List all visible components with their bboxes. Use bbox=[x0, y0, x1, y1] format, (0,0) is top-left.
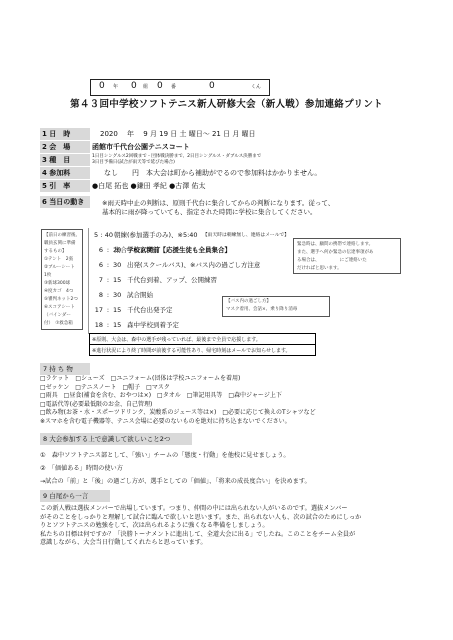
label-chaperone: 5 引 率 bbox=[40, 180, 90, 192]
coach-message: この新人戦は選抜メンバーで出場しています。つまり、仲間の中には出られない人がいる… bbox=[40, 505, 415, 548]
awareness-list: ① 森中ソフトテニス部として、「強い」チームの「態度・行動」を他校に見せましょう… bbox=[40, 449, 415, 488]
rain-note-2: 基本的に雨が降っていても、指定された時間に学校に集合してください。 bbox=[102, 208, 317, 217]
prep-line: 付） ⑦救急箱 bbox=[44, 320, 80, 328]
schedule-row: 6: 20 学校玄関前【応援生徒も全員集合】 bbox=[89, 243, 289, 258]
message-line: この新人戦は選抜メンバーで出場しています。つまり、仲間の中には出られない人がいる… bbox=[40, 505, 415, 514]
minute: 20 bbox=[113, 243, 127, 258]
label-date: 1 日 時 bbox=[40, 128, 90, 140]
event-line-2: 3日目予備日(試合が雨天等で延びた場合) bbox=[92, 160, 175, 166]
label-fee: 4 参加料 bbox=[40, 167, 90, 179]
end-time-note: ※進行状況により終了時間が前後する可能性あり、帰宅時刻はメールでお知らせします。 bbox=[89, 344, 316, 356]
prep-line: ④度カゴ 4つ bbox=[44, 288, 80, 296]
hour: 6 bbox=[89, 243, 103, 258]
grade-unit: 年 bbox=[113, 83, 118, 90]
emergency-contact-box: 緊急時は、顧問の携帯で連絡します。 また、選手へ何か緊急の伝達事項があ る場合は… bbox=[293, 238, 401, 274]
prep-line: 1枚 bbox=[44, 272, 80, 280]
event-note: 【雨天時は朝練無し、連絡はメールで】 bbox=[203, 228, 289, 243]
belonging-item: □飲み物(お茶・水・スポーツドリンク、炭酸系のジュース等は×) □必要に応じて換… bbox=[40, 409, 316, 418]
section-8-title: 8 大会参加する上で意識して欲しいこと2つ bbox=[40, 433, 192, 445]
schedule-row: 6: 30 出発(スクールバス)、※バス内の過ごし方注意 bbox=[89, 258, 289, 273]
schedule-timeline: 5: 40 朝練(参加選手のみ)、※5:40集合 6:10終了 【雨天時は朝練無… bbox=[88, 228, 289, 334]
belonging-item: □ラケット □シューズ □ユニフォーム(団体は学校ユニフォームを着用) bbox=[40, 375, 316, 384]
page-title: 第４３回中学校ソフトテニス新人研修大会（新人戦）参加連絡プリント bbox=[0, 96, 453, 110]
belonging-item: ※スマホを含む電子機器等、テニス会場に必要のないものを絶対に持ち込まないでくださ… bbox=[40, 418, 316, 427]
label-schedule: 6 当日の動き bbox=[40, 196, 90, 208]
prep-line: ③新球300球 bbox=[44, 280, 80, 288]
prep-line: ⑥スコアシート bbox=[44, 304, 80, 312]
name-suffix: くん bbox=[251, 83, 261, 90]
label-venue: 2 会 場 bbox=[40, 141, 90, 153]
minute: 40 bbox=[105, 228, 114, 243]
schedule-row: 18: 15 森中学校到着予定 bbox=[89, 318, 289, 334]
schedule-row: 7: 15 千代台到着、アップ、公開練習 bbox=[89, 273, 289, 288]
venue-value: 函館市千代台公園テニスコート bbox=[92, 141, 190, 153]
awareness-item: →試合の「前」と「後」の過ごし方が、選手としての「価値」、「将来の成長度合い」を… bbox=[40, 475, 415, 488]
student-name-box: 0 年 0 組 0 番 0 くん bbox=[90, 79, 270, 96]
hour: 5 bbox=[89, 228, 98, 243]
emergency-line: だければと思います。 bbox=[297, 265, 397, 273]
prep-line: 【前日の練習後、 bbox=[44, 232, 80, 240]
minute: 15 bbox=[113, 273, 127, 288]
event-text: 学校玄関前【応援生徒も全員集合】 bbox=[127, 243, 231, 258]
date-value: 2020 年 9 月 19 日 土 曜日～ 21 日 月 曜日 bbox=[100, 128, 256, 140]
schedule-row: 5: 40 朝練(参加選手のみ)、※5:40集合 6:10終了 【雨天時は朝練無… bbox=[89, 228, 289, 243]
event-text: 出発(スクールバス)、※バス内の過ごし方注意 bbox=[127, 258, 260, 273]
prep-line: するもの】 bbox=[44, 248, 80, 256]
prep-line: 職員玄関に準備 bbox=[44, 240, 80, 248]
name-value: 0 bbox=[209, 81, 215, 91]
rain-note-1: ※雨天時中止の判断は、原則千代台に集合してからの判断になります。従って、 bbox=[102, 199, 334, 208]
hour: 6 bbox=[89, 258, 103, 273]
prep-line: ⑤審判ネット2つ bbox=[44, 296, 80, 304]
label-event: 3 種 目 bbox=[40, 154, 90, 166]
prep-line: （バインダー bbox=[44, 312, 80, 320]
hour: 7 bbox=[89, 273, 103, 288]
message-line: 意識しながら、大会当日行動してくれたらと思っています。 bbox=[40, 539, 415, 548]
belongings-list: □ラケット □シューズ □ユニフォーム(団体は学校ユニフォームを着用) □ゼッケ… bbox=[40, 375, 316, 426]
number-unit: 番 bbox=[171, 83, 176, 90]
event-text: 千代台到着、アップ、公開練習 bbox=[127, 273, 217, 288]
emergency-line: また、選手へ何か緊急の伝達事項があ bbox=[297, 249, 397, 257]
class-unit: 組 bbox=[143, 83, 148, 90]
emergency-line: る場合は、 にご連絡いた bbox=[297, 257, 397, 265]
grade-value: 0 bbox=[99, 81, 105, 91]
bus-rules-box: 【バス内の過ごし方】 マスク着用、会話×、乗り降り消毒 bbox=[222, 296, 330, 317]
section-9-title: 9 白尾から一言 bbox=[40, 490, 110, 502]
minute: 15 bbox=[113, 303, 127, 318]
number-value: 0 bbox=[157, 81, 163, 91]
bus-rules-title: 【バス内の過ごし方】 bbox=[226, 298, 326, 306]
minute: 30 bbox=[113, 258, 127, 273]
belonging-item: □電話代等(必要最低限のお金、自己管理) bbox=[40, 401, 316, 410]
event-text: 森中学校到着予定 bbox=[127, 318, 179, 333]
section-7-title: 7 持 ち 物 bbox=[40, 363, 90, 375]
message-line: 私たちの目標は何ですか？「決勝トーナメントに進出して、全道大会に出る」でしたね。… bbox=[40, 531, 415, 540]
hour: 8 bbox=[89, 288, 103, 303]
prep-items-box: 【前日の練習後、 職員玄関に準備 するもの】 ①テント 2張 ②ブルーシート 1… bbox=[41, 229, 83, 330]
prep-line: ②ブルーシート bbox=[44, 264, 80, 272]
fee-value: なし 円 本大会は町から補助がでるので参加料はかかりません。 bbox=[104, 167, 321, 179]
event-text: 試合開始 bbox=[127, 288, 153, 303]
emergency-line: 緊急時は、顧問の携帯で連絡します。 bbox=[297, 241, 397, 249]
hour: 17 bbox=[89, 303, 103, 318]
hour: 18 bbox=[89, 318, 103, 333]
chaperone-value: ●白尾 拓也 ●鎌田 孝紀 ●古澤 佑太 bbox=[92, 180, 205, 192]
awareness-item: ① 森中ソフトテニス部として、「強い」チームの「態度・行動」を他校に見せましょう… bbox=[40, 449, 415, 462]
awareness-item: ② 「価値ある」時間の使い方 bbox=[40, 462, 415, 475]
event-text: 千代台出発予定 bbox=[127, 303, 173, 318]
belonging-item: □ゼッケン □テニスノート □帽子 □マスク bbox=[40, 384, 316, 393]
minute: 15 bbox=[113, 318, 127, 333]
belonging-item: □雨具 □昼食(補食を含む、おやつは×) □タオル □筆記用具等 □森中ジャージ… bbox=[40, 392, 316, 401]
message-line: りとソフトテニスの勉強をして、次は出られるように強くなる準備をしましょう。 bbox=[40, 522, 415, 531]
event-text: 朝練(参加選手のみ)、※5:40集合 6:10終了 bbox=[114, 228, 200, 243]
message-line: がそのことをしっかりと理解して試合に臨んで欲しいと思います。また、出られない人も… bbox=[40, 514, 415, 523]
prep-line: ①テント 2張 bbox=[44, 256, 80, 264]
bus-rules-text: マスク着用、会話×、乗り降り消毒 bbox=[226, 306, 326, 314]
class-value: 0 bbox=[131, 81, 137, 91]
minute: 30 bbox=[113, 288, 127, 303]
